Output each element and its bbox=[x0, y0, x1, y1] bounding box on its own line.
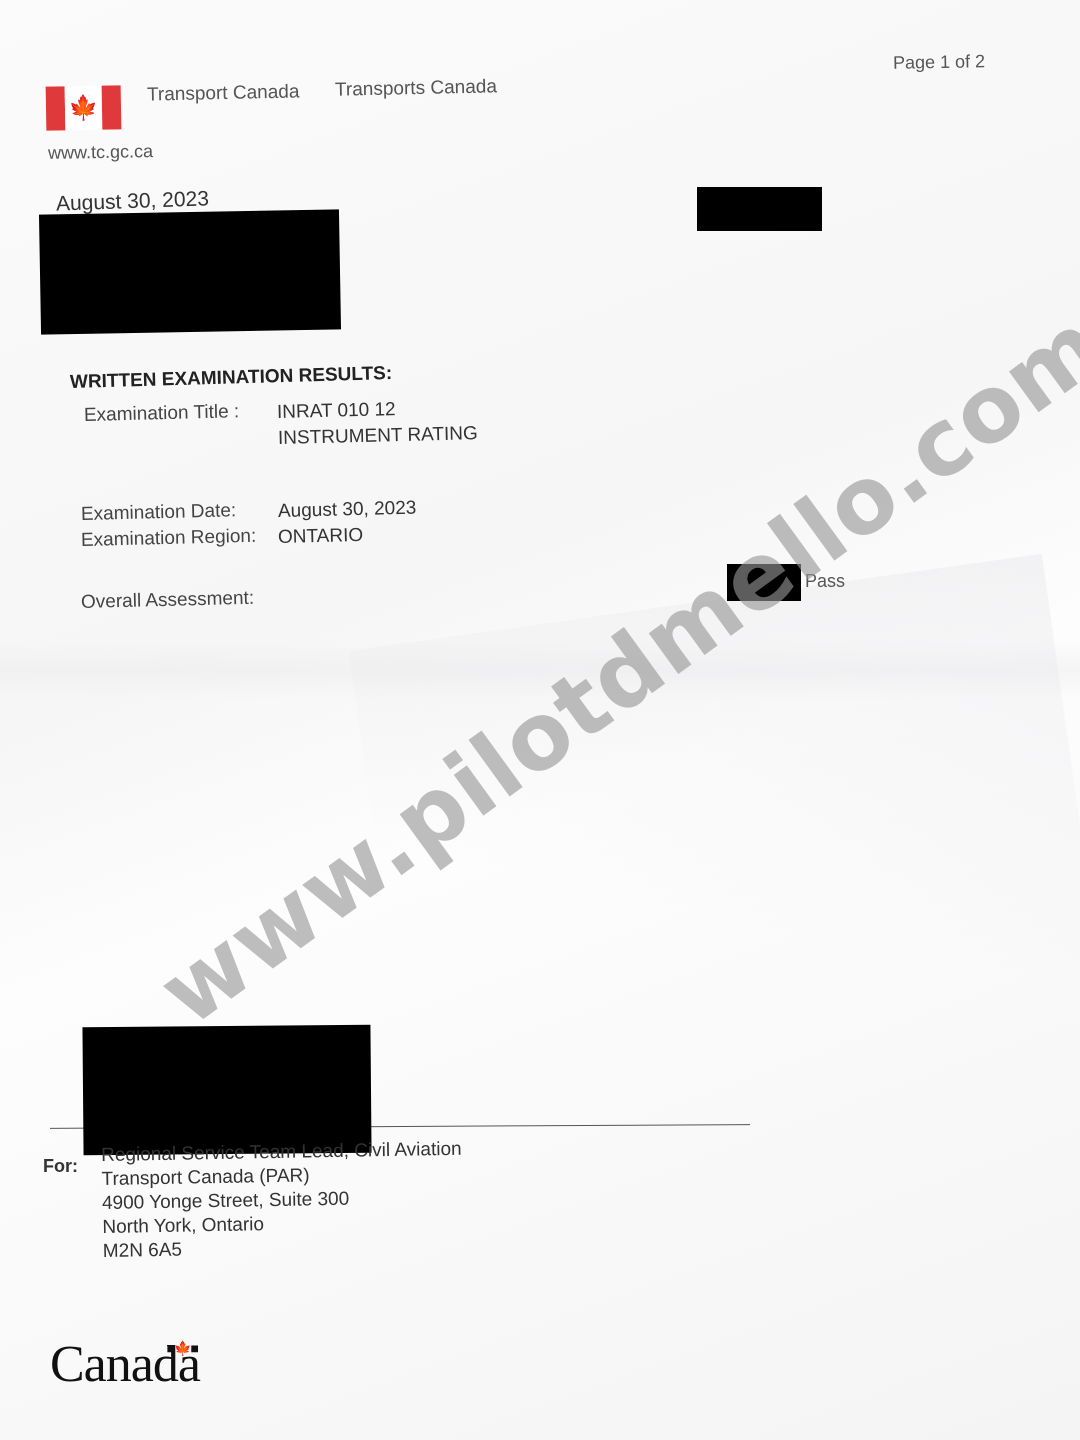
redacted-signature bbox=[82, 1025, 371, 1156]
page-indicator: Page 1 of 2 bbox=[893, 51, 985, 74]
wordmark-flag-icon: ■🍁■ bbox=[167, 1341, 198, 1358]
redacted-reference-block bbox=[697, 187, 822, 231]
canada-wordmark: Canada ■🍁■ bbox=[50, 1335, 200, 1394]
exam-title-name: INSTRUMENT RATING bbox=[278, 423, 478, 450]
exam-title-label: Examination Title : bbox=[84, 401, 240, 426]
agency-name-en: Transport Canada bbox=[147, 81, 300, 106]
address-line-postal: M2N 6A5 bbox=[103, 1234, 464, 1264]
exam-region-label: Examination Region: bbox=[81, 526, 257, 552]
canada-flag-icon: 🍁 bbox=[46, 85, 122, 130]
for-label: For: bbox=[43, 1156, 78, 1177]
redacted-recipient-block bbox=[39, 209, 341, 334]
agency-website: www.tc.gc.ca bbox=[48, 141, 153, 164]
exam-title-code: INRAT 010 12 bbox=[277, 399, 396, 424]
assessment-label: Overall Assessment: bbox=[81, 588, 255, 614]
signatory-address: Regional Service Team Lead, Civil Aviati… bbox=[101, 1138, 464, 1264]
exam-date-label: Examination Date: bbox=[81, 500, 237, 526]
exam-region-value: ONTARIO bbox=[278, 525, 364, 549]
agency-name-fr: Transports Canada bbox=[335, 76, 497, 101]
exam-title-row: Examination Title : bbox=[84, 401, 240, 427]
exam-date-value: August 30, 2023 bbox=[278, 498, 417, 523]
results-heading: WRITTEN EXAMINATION RESULTS: bbox=[70, 363, 393, 394]
